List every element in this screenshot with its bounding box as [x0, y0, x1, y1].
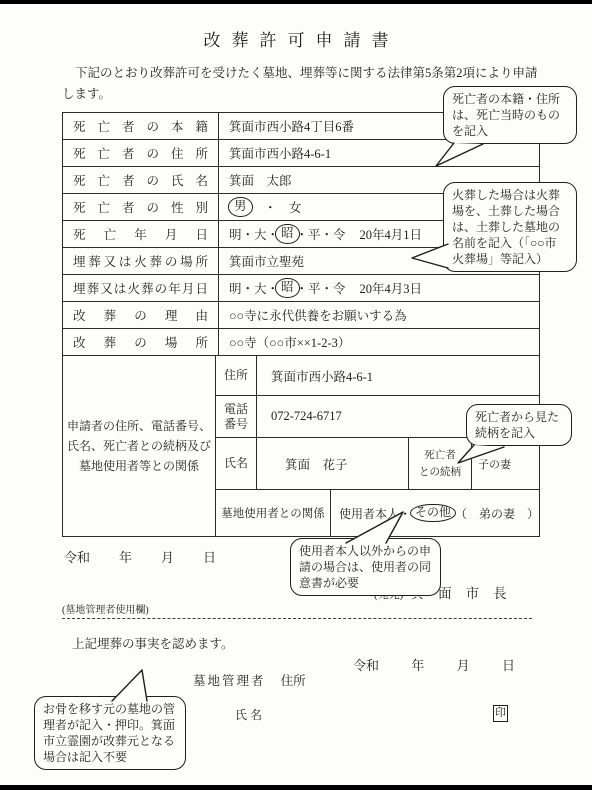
value-applicant-address: 箕面市西小路4-6-1 [257, 356, 539, 395]
callout-consent-note: 使用者本人以外からの申請の場合は、使用者の同意書が必要 [290, 538, 441, 596]
label-deceased-address: 死亡者の住所 [63, 144, 218, 162]
scan-edge-top [0, 0, 592, 4]
application-date-line: 令和 年 月 日 [64, 547, 216, 566]
grave-user-other-circled: その他 [410, 504, 456, 523]
era-label: 令和 [64, 547, 90, 566]
manager-address-label: 住所 [281, 674, 306, 688]
label-grave-user-relation: 墓地使用者との関係 [216, 490, 331, 536]
label-applicant-address: 住所 [216, 356, 257, 395]
sex-male-circled: 男 [228, 197, 253, 216]
value-reburial-reason: ○○寺に永代供養をお願いする為 [219, 302, 539, 328]
month-label: 月 [161, 547, 174, 566]
value-applicant-name: 箕面 花子 [257, 438, 409, 489]
label-death-date: 死亡年月日 [63, 225, 218, 243]
manager-label: 墓地管理者 [193, 674, 266, 688]
death-date-value: 20年4月1日 [360, 225, 423, 243]
month-label-2: 月 [457, 655, 470, 674]
row-reburial-place: 改葬の場所 ○○寺（○○市××1-2-3） [63, 329, 539, 356]
label-reburial-reason: 改葬の理由 [63, 306, 218, 324]
label-phone-line2: 番号 [224, 417, 248, 432]
label-burial-date: 埋葬又は火葬の年月日 [63, 279, 218, 297]
label-deceased-name: 死亡者の氏名 [63, 171, 218, 189]
label-burial-place: 埋葬又は火葬の場所 [63, 252, 218, 270]
death-era-post: ・平・令 [296, 225, 346, 243]
label-applicant-section: 申請者の住所、電話番号、氏名、死亡者との続柄及び墓地使用者等との関係 [63, 356, 216, 536]
row-deceased-address: 死亡者の住所 箕面市西小路4-6-1 [63, 140, 539, 167]
grave-user-post: （ 弟の妻 ） [455, 505, 539, 522]
application-table: 死亡者の本籍 箕面市西小路4丁目6番 死亡者の住所 箕面市西小路4-6-1 死亡… [62, 112, 540, 537]
label-applicant-name: 氏名 [216, 438, 257, 489]
manager-name-label: 氏名 [235, 706, 265, 723]
sex-rest: ・ 女 [252, 198, 302, 216]
burial-era-post: ・平・令 [296, 279, 346, 297]
seal-box: 印 [493, 705, 508, 722]
callout-manager-note: お骨を移す元の墓地の管理者が記入・押印。箕面市立霊園が改葬元となる場合は記入不要 [34, 696, 186, 770]
manager-section-label: (墓地管理者使用欄) [62, 601, 149, 616]
label-registered-domicile: 死亡者の本籍 [63, 117, 218, 135]
dashed-separator [62, 618, 532, 619]
day-label: 日 [203, 547, 216, 566]
label-relation-line2: との続柄 [419, 464, 461, 481]
manager-date-line: 令和 年 月 日 [353, 655, 515, 674]
burial-era-pre: 明・大・ [229, 279, 279, 297]
burial-date-value: 20年4月3日 [360, 279, 423, 297]
page-title: 改葬許可申請書 [0, 26, 592, 51]
label-reburial-place: 改葬の場所 [63, 333, 218, 351]
reburial-permit-application-document: 改葬許可申請書 下記のとおり改葬許可を受けたく墓地、埋葬等に関する法律第5条第2… [0, 0, 592, 790]
value-burial-date: 明・大・昭・平・令20年4月3日 [219, 275, 539, 301]
label-deceased-sex: 死亡者の性別 [63, 198, 218, 216]
year-label: 年 [119, 547, 132, 566]
label-relation-line1: 死亡者 [424, 447, 456, 464]
day-label-2: 日 [502, 655, 515, 674]
era-label-2: 令和 [353, 655, 379, 674]
callout-domicile-note: 死亡者の本籍・住所は、死亡当時のものを記入 [443, 86, 577, 144]
value-reburial-place: ○○寺（○○市××1-2-3） [219, 329, 539, 355]
grave-user-pre: 使用者本人・ [339, 505, 411, 522]
row-applicant-section: 申請者の住所、電話番号、氏名、死亡者との続柄及び墓地使用者等との関係 住所 箕面… [63, 356, 539, 536]
applicant-address-row: 住所 箕面市西小路4-6-1 [216, 356, 539, 396]
burial-acknowledgement: 上記埋葬の事実を認めます。 [72, 634, 234, 652]
year-label-2: 年 [411, 655, 424, 674]
grave-user-relation-row: 墓地使用者との関係 使用者本人・その他（ 弟の妻 ） [216, 490, 539, 536]
callout-cremation-note: 火葬した場合は火葬場を、土葬した場合は、土葬した墓地の名前を記入（「○○市火葬場… [443, 182, 577, 272]
label-phone-line1: 電話 [224, 402, 248, 417]
death-era-pre: 明・大・ [229, 225, 279, 243]
row-reburial-reason: 改葬の理由 ○○寺に永代供養をお願いする為 [63, 302, 539, 329]
manager-address-line: 墓地管理者 住所 [193, 671, 306, 689]
callout-relation-note: 死亡者から見た続柄を記入 [466, 404, 572, 446]
row-burial-date: 埋葬又は火葬の年月日 明・大・昭・平・令20年4月3日 [63, 275, 539, 302]
scan-edge-bottom [0, 785, 592, 790]
